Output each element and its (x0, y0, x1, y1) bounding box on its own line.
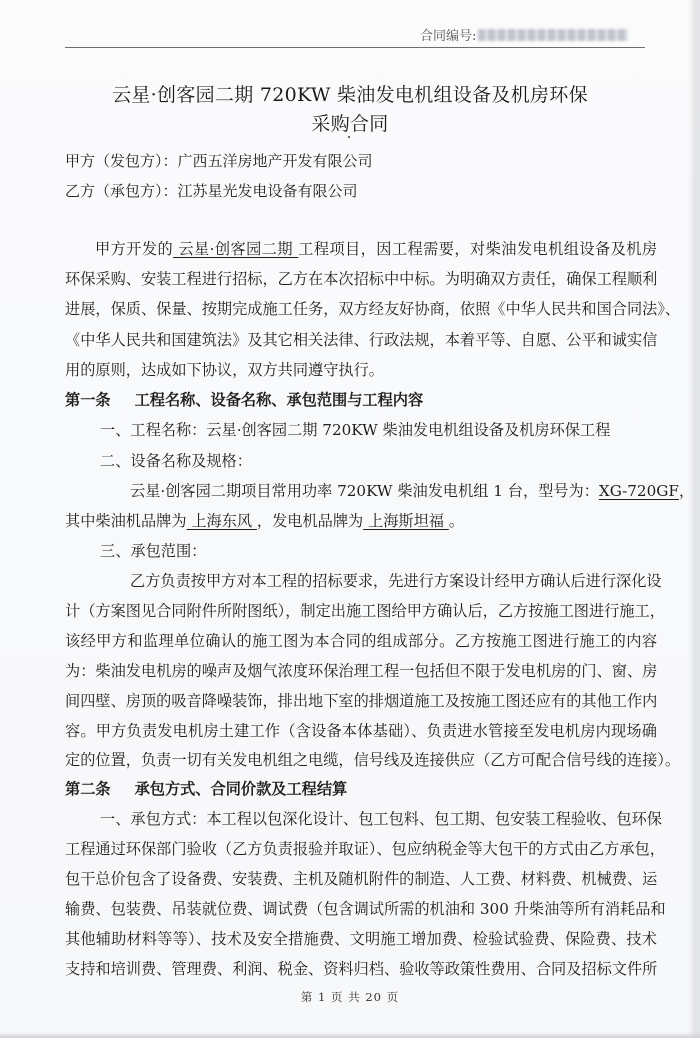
party-a: 甲方（发包方）：广西五洋房地产开发有限公司 (65, 150, 373, 171)
spec-text: ，发电机品牌为 (257, 512, 363, 530)
equipment-spec-line-2: 其中柴油机品牌为 上海东风 ，发电机品牌为 上海斯坦福 。 (65, 511, 657, 531)
article-1-heading: 第一条工程名称、设备名称、承包范围与工程内容 (65, 390, 657, 410)
article-2-line-2: 工程通过环保部门验收（乙方负责报验并取证）、包应纳税金等大包干的方式由乙方承包， (65, 839, 657, 859)
header-rule (65, 47, 645, 48)
article-2-line-3: 包干总价包含了设备费、安装费、主机及随机附件的制造、人工费、材料费、机械费、运 (65, 869, 657, 889)
document-title-line2: 采购合同 (0, 109, 700, 136)
article-2-line-4: 输费、包装费、吊装就位费、调试费（包含调试所需的机油和 300 升柴油等所有消耗… (65, 899, 657, 919)
page-edge-shadow (688, 0, 700, 1038)
scope-line-6: 容。甲方负责发电机房土建工作（含设备本体基础）、负责进水管接至发电机房内现场确 (65, 721, 657, 741)
article-1-title: 工程名称、设备名称、承包范围与工程内容 (135, 391, 424, 409)
article-2-heading: 第二条承包方式、合同价款及工程结算 (65, 779, 657, 799)
preamble-text: 工程项目，因工程需要，对柴油发电机组设备及机房 (298, 240, 657, 258)
model-number: XG-720GF (599, 482, 679, 500)
scope-line-2: 计（方案图见合同附件所附图纸），制定出施工图给甲方确认后，乙方按施工图进行施工， (65, 601, 657, 621)
preamble-text: 甲方开发的 (95, 240, 173, 258)
page-number-footer: 第 1 页 共 20 页 (0, 989, 700, 1005)
spec-text: 其中柴油机品牌为 (65, 512, 187, 530)
scope-line-4: 为：柴油发电机房的噪声及烟气浓度环保治理工程一包括但不限于发电机房的门、窗、房 (65, 661, 657, 681)
spec-text: 云星·创客园二期项目常用功率 720KW 柴油发电机组 1 台，型号为： (130, 482, 599, 500)
preamble-line-4: 《中华人民共和国建筑法》及其它相关法律、行政法规，本着平等、自愿、公平和诚实信 (65, 330, 657, 350)
spec-text: 。 (449, 512, 464, 530)
preamble-line-2: 环保采购、安装工程进行招标，乙方在本次招标中中标。为明确双方责任，确保工程顺利 (65, 269, 657, 289)
article-2-line-6: 支持和培训费、管理费、利润、税金、资料归档、验收等政策性费用、合同及招标文件所 (65, 959, 657, 979)
document-page: 合同编号: 云星·创客园二期 720KW 柴油发电机组设备及机房环保 采购合同 … (0, 0, 700, 1038)
article-1-item-3: 三、承包范围： (100, 541, 692, 561)
spec-text: ， (679, 482, 694, 500)
contract-number-label: 合同编号: (420, 25, 476, 44)
article-1-item-2: 二、设备名称及规格： (100, 451, 692, 471)
preamble-line-3: 进展，保质、保量、按期完成施工任务，双方经友好协商，依照《中华人民共和国合同法》… (65, 299, 657, 319)
article-1-item-1: 一、工程名称：云星·创客园二期 720KW 柴油发电机组设备及机房环保工程 (100, 420, 692, 440)
scope-line-3: 该经甲方和监理单位确认的施工图为本合同的组成部分。乙方按施工图进行施工的内容 (65, 631, 657, 651)
party-a-name: 广西五洋房地产开发有限公司 (178, 152, 373, 170)
article-2-line-5: 其他辅助材料等等）、技术及安全措施费、文明施工增加费、检验试验费、保险费、技术 (65, 929, 657, 949)
party-a-label: 甲方（发包方）： (65, 152, 178, 170)
party-b-label: 乙方（承包方）： (65, 182, 178, 200)
party-b-name: 江苏星光发电设备有限公司 (178, 182, 358, 200)
article-2-title: 承包方式、合同价款及工程结算 (135, 780, 348, 798)
article-2-line-1: 一、承包方式：本工程以包深化设计、包工包料、包工期、包安装工程验收、包环保 (100, 809, 657, 829)
contract-number: 合同编号: (420, 25, 628, 44)
stray-dot (348, 136, 350, 138)
preamble-line-1: 甲方开发的 云星·创客园二期 工程项目，因工程需要，对柴油发电机组设备及机房 (95, 239, 657, 259)
project-name-underlined: 云星·创客园二期 (173, 240, 298, 258)
scope-line-5: 间四壁、房顶的吸音降噪装饰，排出地下室的排烟道施工及按施工图还应有的其他工作内 (65, 691, 657, 711)
page-bottom-shadow (0, 1032, 700, 1038)
scope-line-7: 定的位置，负责一切有关发电机组之电缆，信号线及连接供应（乙方可配合信号线的连接）… (65, 750, 657, 770)
article-2-number: 第二条 (65, 780, 111, 798)
scope-line-1: 乙方负责按甲方对本工程的招标要求，先进行方案设计经甲方确认后进行深化设 (130, 571, 657, 591)
party-b: 乙方（承包方）：江苏星光发电设备有限公司 (65, 180, 358, 201)
document-title-line1: 云星·创客园二期 720KW 柴油发电机组设备及机房环保 (0, 80, 700, 107)
article-1-number: 第一条 (65, 391, 111, 409)
engine-brand: 上海东风 (187, 512, 257, 530)
contract-number-redacted (478, 29, 628, 41)
equipment-spec-line-1: 云星·创客园二期项目常用功率 720KW 柴油发电机组 1 台，型号为：XG-7… (130, 481, 657, 501)
preamble-line-5: 用的原则，达成如下协议，双方共同遵守执行。 (65, 360, 657, 380)
generator-brand: 上海斯坦福 (363, 512, 449, 530)
